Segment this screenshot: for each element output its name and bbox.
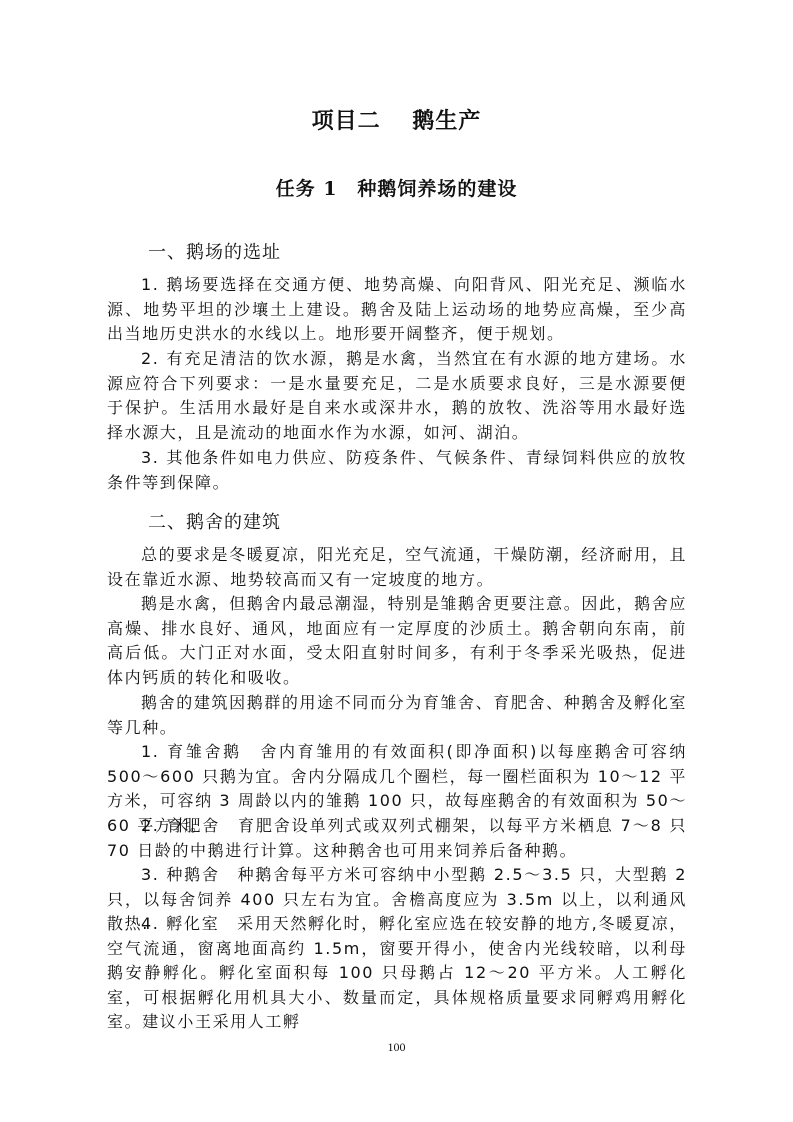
paragraph-text: 3. 其他条件如电力供应、防疫条件、气候条件、青绿饲料供应的放牧条件等到保障。 bbox=[107, 448, 687, 492]
section-heading-goose-house: 二、鹅舍的建筑 bbox=[148, 508, 281, 534]
paragraph-text: 总的要求是冬暖夏凉，阳光充足，空气流通，干燥防潮，经济耐用，且设在靠近水源、地势… bbox=[107, 545, 687, 589]
paragraph: 鹅是水禽，但鹅舍内最忌潮湿，特别是雏鹅舍更要注意。因此，鹅舍应高燥、排水良好、通… bbox=[107, 592, 687, 690]
paragraph: 3. 其他条件如电力供应、防疫条件、气候条件、青绿饲料供应的放牧条件等到保障。 bbox=[107, 446, 687, 495]
page-number: 100 bbox=[0, 1040, 793, 1055]
document-page: 项目二 鹅生产 任务 1 种鹅饲养场的建设 一、鹅场的选址 1. 鹅场要选择在交… bbox=[0, 0, 793, 1122]
paragraph-text: 2. 有充足清洁的饮水源，鹅是水禽，当然宜在有水源的地方建场。水源应符合下列要求… bbox=[107, 349, 687, 442]
paragraph-text: 鹅舍的建筑因鹅群的用途不同而分为育雏舍、育肥舍、种鹅舍及孵化室等几种。 bbox=[107, 693, 687, 737]
paragraph: 鹅舍的建筑因鹅群的用途不同而分为育雏舍、育肥舍、种鹅舍及孵化室等几种。 bbox=[107, 691, 687, 740]
section-heading-site-selection: 一、鹅场的选址 bbox=[148, 238, 281, 264]
task-title: 任务 1 种鹅饲养场的建设 bbox=[0, 174, 793, 201]
page-title: 项目二 鹅生产 bbox=[0, 104, 793, 135]
paragraph-text: 4. 孵化室 采用天然孵化时，孵化室应选在较安静的地方,冬暖夏凉，空气流通，窗离… bbox=[107, 914, 687, 1031]
paragraph: 总的要求是冬暖夏凉，阳光充足，空气流通，干燥防潮，经济耐用，且设在靠近水源、地势… bbox=[107, 543, 687, 592]
paragraph: 4. 孵化室 采用天然孵化时，孵化室应选在较安静的地方,冬暖夏凉，空气流通，窗离… bbox=[107, 912, 687, 1035]
paragraph-text: 1. 鹅场要选择在交通方便、地势高燥、向阳背风、阳光充足、濒临水源、地势平坦的沙… bbox=[107, 275, 687, 343]
paragraph-text: 2. 育肥舍 育肥舍设单列式或双列式棚架，以每平方米栖息 7～8 只 70 日龄… bbox=[107, 816, 687, 860]
paragraph: 2. 育肥舍 育肥舍设单列式或双列式棚架，以每平方米栖息 7～8 只 70 日龄… bbox=[107, 814, 687, 863]
paragraph: 1. 鹅场要选择在交通方便、地势高燥、向阳背风、阳光充足、濒临水源、地势平坦的沙… bbox=[107, 273, 687, 347]
paragraph: 2. 有充足清洁的饮水源，鹅是水禽，当然宜在有水源的地方建场。水源应符合下列要求… bbox=[107, 347, 687, 445]
paragraph-text: 鹅是水禽，但鹅舍内最忌潮湿，特别是雏鹅舍更要注意。因此，鹅舍应高燥、排水良好、通… bbox=[107, 594, 687, 687]
